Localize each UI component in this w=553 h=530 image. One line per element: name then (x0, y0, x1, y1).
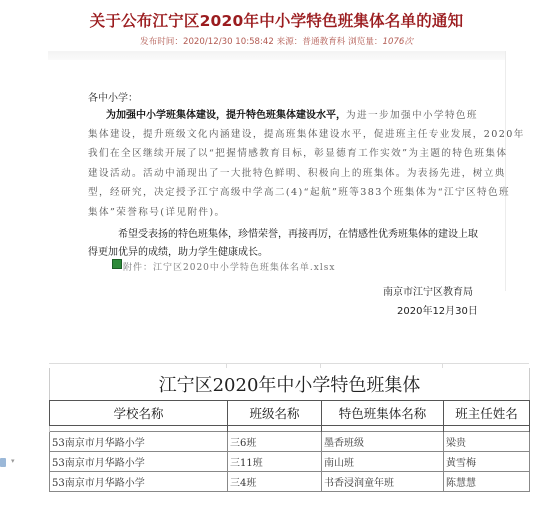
cell-feature-name: 南山班 (322, 452, 444, 472)
table-row: 53南京市月华路小学 三4班 书香浸润童年班 陈慧慧 (50, 472, 530, 492)
sheet-title: 江宁区2020年中小学特色班集体 (50, 368, 530, 401)
table-row: 53南京市月华路小学 三11班 南山班 黄雪梅 (50, 452, 530, 472)
table-header-row: 学校名称 班级名称 特色班集体名称 班主任姓名 (50, 401, 530, 426)
source-label: 来源： (277, 37, 303, 47)
cell-school: 53南京市月华路小学 (50, 472, 228, 492)
paragraph2-line1: 希望受表扬的特色班集体，珍惜荣誉，再接再厉，在情感性优秀班集体的建设上取 (118, 225, 478, 240)
paragraph1-line3: 我们在全区继续开展了以“把握情感教育目标，彰显德育工作实效”为主题的特色班集体 (88, 145, 507, 159)
chevron-down-icon[interactable]: ▾ (11, 457, 15, 465)
paragraph1-line2: 集体建设，提升班级文化内涵建设，提高班集体建设水平，促进班主任专业发展，2020… (88, 126, 525, 140)
signature-org: 南京市江宁区教育局 (383, 283, 473, 298)
paragraph1-bold-lead: 为加强中小学班集体建设，提升特色班集体建设水平， (106, 110, 346, 121)
column-letter-header (49, 363, 529, 368)
views-label: 浏览量： (348, 37, 382, 47)
attachment-link[interactable]: 附件：江宁区2020中小学特色班集体名单.xlsx (112, 260, 335, 273)
greeting: 各中小学： (88, 89, 138, 104)
article-divider (48, 51, 505, 60)
source: 普通教育科 (302, 37, 345, 47)
view-count: 1076次 (383, 37, 413, 47)
paragraph1-line5: 型，经研究，决定授予江宁高级中学高二(4)“起航”班等383个班集体为“江宁区特… (88, 184, 510, 198)
cell-class: 三6班 (228, 432, 322, 452)
cell-teacher: 梁贵 (444, 432, 530, 452)
cell-teacher: 陈慧慧 (444, 472, 530, 492)
table-row: 53南京市月华路小学 三6班 墨香班级 梁贵 (50, 432, 530, 452)
cell-feature-name: 墨香班级 (322, 432, 444, 452)
paragraph1-line6: 集体”荣誉称号(详见附件)。 (88, 204, 226, 218)
signature-date: 2020年12月30日 (397, 302, 478, 317)
clipboard-icon[interactable] (0, 458, 6, 467)
cell-school: 53南京市月华路小学 (50, 452, 228, 472)
paragraph1-line1-rest: 为进一步加强中小学特色班 (346, 110, 478, 121)
excel-file-icon (112, 259, 122, 269)
paragraph1-line4: 建设活动。活动中涌现出了一大批特色鲜明、积极向上的班集体。为表扬先进，树立典 (88, 165, 506, 179)
attachment-label: 附件：江宁区2020中小学特色班集体名单.xlsx (123, 260, 335, 273)
cell-school: 53南京市月华路小学 (50, 432, 228, 452)
cell-class: 三11班 (228, 452, 322, 472)
sheet-title-row: 江宁区2020年中小学特色班集体 (50, 368, 530, 401)
paragraph2-line2: 得更加优异的成绩，助力学生健康成长。 (88, 243, 268, 258)
column-header-class: 班级名称 (228, 401, 322, 426)
cell-class: 三4班 (228, 472, 322, 492)
cell-feature-name: 书香浸润童年班 (322, 472, 444, 492)
paragraph1-line1: 为加强中小学班集体建设，提升特色班集体建设水平，为进一步加强中小学特色班 (106, 106, 478, 121)
column-header-teacher: 班主任姓名 (444, 401, 530, 426)
column-header-school: 学校名称 (50, 401, 228, 426)
cell-teacher: 黄雪梅 (444, 452, 530, 472)
publish-time: 2020/12/30 10:58:42 (183, 37, 274, 47)
column-header-feature-name: 特色班集体名称 (322, 401, 444, 426)
spreadsheet-preview: 江宁区2020年中小学特色班集体 学校名称 班级名称 特色班集体名称 班主任姓名… (49, 363, 529, 492)
article-title: 关于公布江宁区2020年中小学特色班集体名单的通知 (0, 9, 553, 31)
spreadsheet-table: 江宁区2020年中小学特色班集体 学校名称 班级名称 特色班集体名称 班主任姓名… (49, 368, 530, 492)
publish-label: 发布时间： (140, 37, 183, 47)
article-meta: 发布时间：2020/12/30 10:58:42 来源：普通教育科 浏览量：10… (0, 35, 553, 47)
